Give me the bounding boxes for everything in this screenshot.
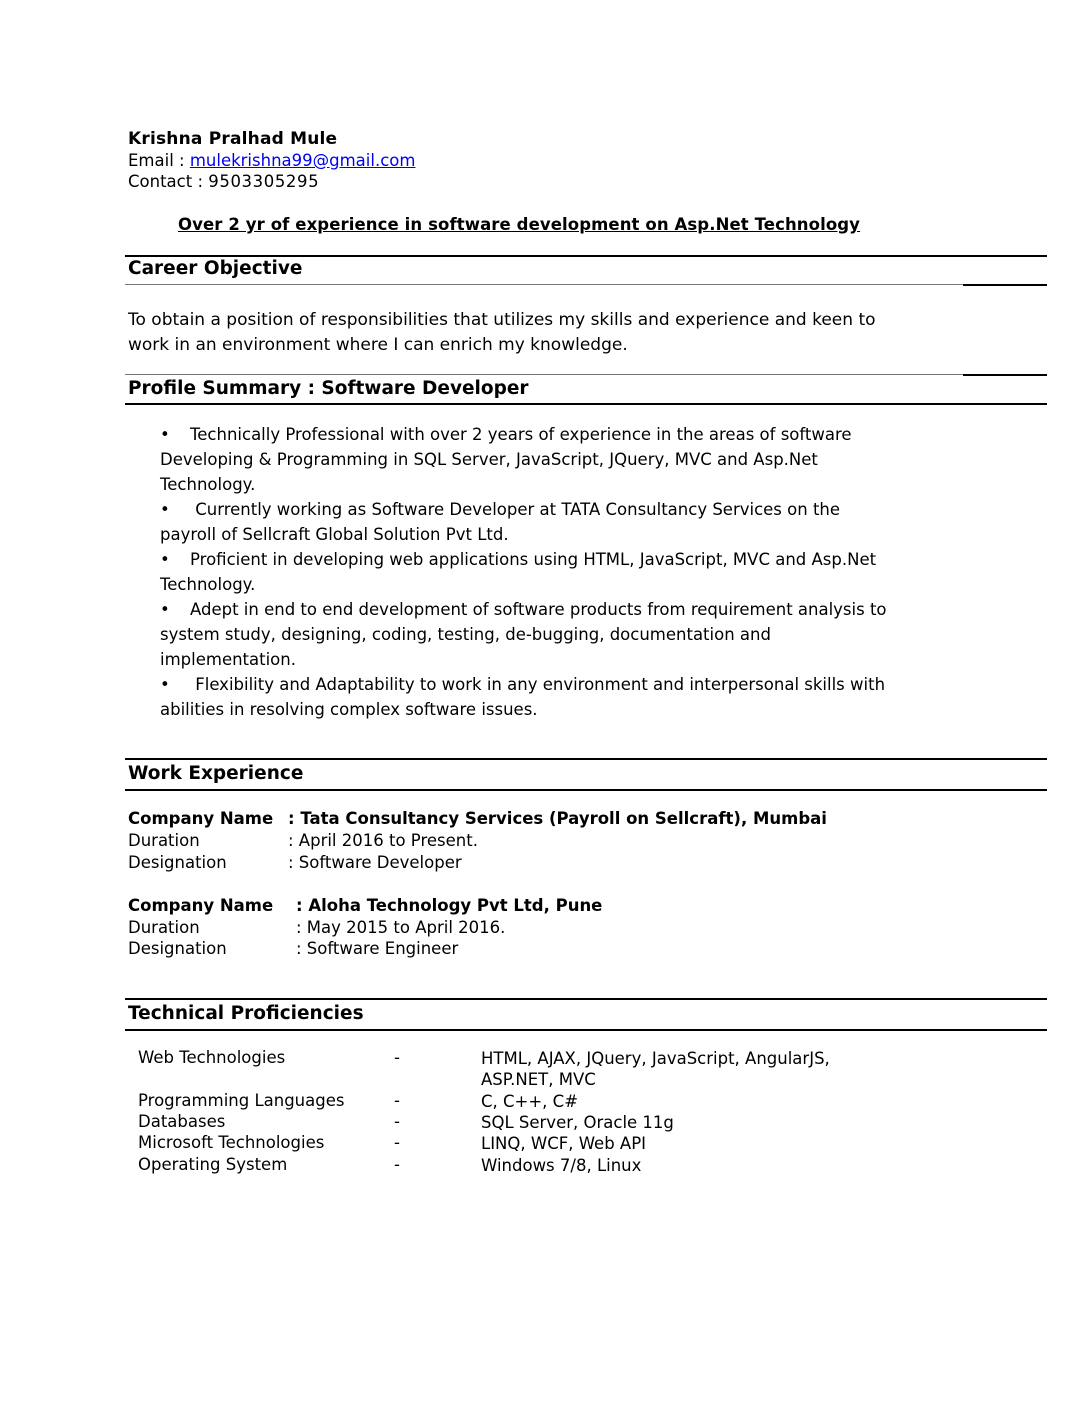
tech-separator: - [394, 1091, 400, 1110]
tech-category: Web Technologies [138, 1048, 285, 1067]
bullet-text: system study, designing, coding, testing… [160, 622, 960, 647]
list-item: •Adept in end to end development of soft… [160, 597, 960, 672]
contact-label: Contact : [128, 172, 208, 191]
section-divider-top [125, 255, 1047, 257]
section-divider-accent [963, 284, 1047, 286]
tech-values: C, C++, C# [481, 1091, 578, 1112]
bullet-text: Technology. [160, 572, 960, 597]
section-divider-accent [963, 374, 1047, 376]
list-item: • Currently working as Software Develope… [160, 497, 960, 547]
section-divider-top [125, 374, 963, 375]
duration-label: Duration [128, 831, 288, 850]
experience-headline: Over 2 yr of experience in software deve… [178, 215, 860, 234]
tech-category: Operating System [138, 1155, 287, 1174]
bullet-text: implementation. [160, 647, 960, 672]
tech-separator: - [394, 1133, 400, 1152]
profile-summary-list: •Technically Professional with over 2 ye… [160, 422, 960, 722]
tech-value-line: LINQ, WCF, Web API [481, 1133, 646, 1154]
duration-label: Duration [128, 918, 296, 937]
designation-label: Designation [128, 853, 288, 872]
section-title-work-experience: Work Experience [128, 763, 303, 784]
tech-value-line: SQL Server, Oracle 11g [481, 1112, 674, 1133]
job-company-row: Company Name: Aloha Technology Pvt Ltd, … [128, 896, 602, 915]
section-title-profile-summary: Profile Summary : Software Developer [128, 378, 529, 399]
tech-separator: - [394, 1155, 400, 1174]
tech-separator: - [394, 1112, 400, 1131]
bullet-text: abilities in resolving complex software … [160, 697, 960, 722]
tech-values: LINQ, WCF, Web API [481, 1133, 646, 1154]
tech-values: HTML, AJAX, JQuery, JavaScript, AngularJ… [481, 1048, 830, 1090]
bullet-icon: • [160, 422, 190, 447]
bullet-text: Proficient in developing web application… [190, 550, 876, 569]
contact-number: 9503305295 [208, 172, 319, 191]
bullet-text: Flexibility and Adaptability to work in … [190, 675, 885, 694]
email-line: Email : mulekrishna99@gmail.com [128, 151, 415, 170]
duration-value: : April 2016 to Present. [288, 831, 478, 850]
bullet-text: Adept in end to end development of softw… [190, 600, 887, 619]
tech-value-line: C, C++, C# [481, 1091, 578, 1112]
bullet-icon: • [160, 672, 190, 697]
tech-values: Windows 7/8, Linux [481, 1155, 641, 1176]
career-objective-line: To obtain a position of responsibilities… [128, 308, 948, 333]
job-company-row: Company Name: Tata Consultancy Services … [128, 809, 827, 828]
tech-value-line: ASP.NET, MVC [481, 1069, 830, 1090]
company-value: : Tata Consultancy Services (Payroll on … [288, 809, 827, 828]
job-designation-row: Designation: Software Developer [128, 853, 462, 872]
section-divider-top [125, 998, 1047, 1000]
tech-values: SQL Server, Oracle 11g [481, 1112, 674, 1133]
section-title-technical-proficiencies: Technical Proficiencies [128, 1003, 364, 1024]
email-link[interactable]: mulekrishna99@gmail.com [190, 151, 416, 170]
bullet-text: Developing & Programming in SQL Server, … [160, 447, 960, 472]
bullet-text: Currently working as Software Developer … [190, 500, 840, 519]
list-item: •Technically Professional with over 2 ye… [160, 422, 960, 497]
tech-value-line: Windows 7/8, Linux [481, 1155, 641, 1176]
email-label: Email : [128, 151, 190, 170]
bullet-icon: • [160, 597, 190, 622]
tech-category: Microsoft Technologies [138, 1133, 324, 1152]
section-divider-bottom [125, 284, 963, 285]
tech-category: Programming Languages [138, 1091, 344, 1110]
company-label: Company Name [128, 809, 288, 828]
candidate-name: Krishna Pralhad Mule [128, 129, 337, 149]
bullet-icon: • [160, 547, 190, 572]
career-objective-text: To obtain a position of responsibilities… [128, 308, 948, 357]
tech-separator: - [394, 1048, 400, 1067]
tech-value-line: HTML, AJAX, JQuery, JavaScript, AngularJ… [481, 1048, 830, 1069]
designation-value: : Software Developer [288, 853, 462, 872]
section-divider-bottom [125, 1029, 1047, 1031]
list-item: •Proficient in developing web applicatio… [160, 547, 960, 597]
bullet-text: Technology. [160, 472, 960, 497]
job-duration-row: Duration: April 2016 to Present. [128, 831, 478, 850]
company-label: Company Name [128, 896, 296, 915]
designation-value: : Software Engineer [296, 939, 458, 958]
company-value: : Aloha Technology Pvt Ltd, Pune [296, 896, 602, 915]
tech-category: Databases [138, 1112, 225, 1131]
job-designation-row: Designation: Software Engineer [128, 939, 458, 958]
bullet-icon: • [160, 497, 190, 522]
bullet-text: payroll of Sellcraft Global Solution Pvt… [160, 522, 960, 547]
list-item: • Flexibility and Adaptability to work i… [160, 672, 960, 722]
designation-label: Designation [128, 939, 296, 958]
section-divider-bottom [125, 403, 1047, 405]
bullet-text: Technically Professional with over 2 yea… [190, 425, 852, 444]
section-divider-top [125, 758, 1047, 760]
contact-line: Contact : 9503305295 [128, 172, 319, 191]
section-divider-bottom [125, 789, 1047, 791]
duration-value: : May 2015 to April 2016. [296, 918, 505, 937]
career-objective-line: work in an environment where I can enric… [128, 333, 948, 358]
job-duration-row: Duration: May 2015 to April 2016. [128, 918, 505, 937]
section-title-career-objective: Career Objective [128, 258, 302, 279]
